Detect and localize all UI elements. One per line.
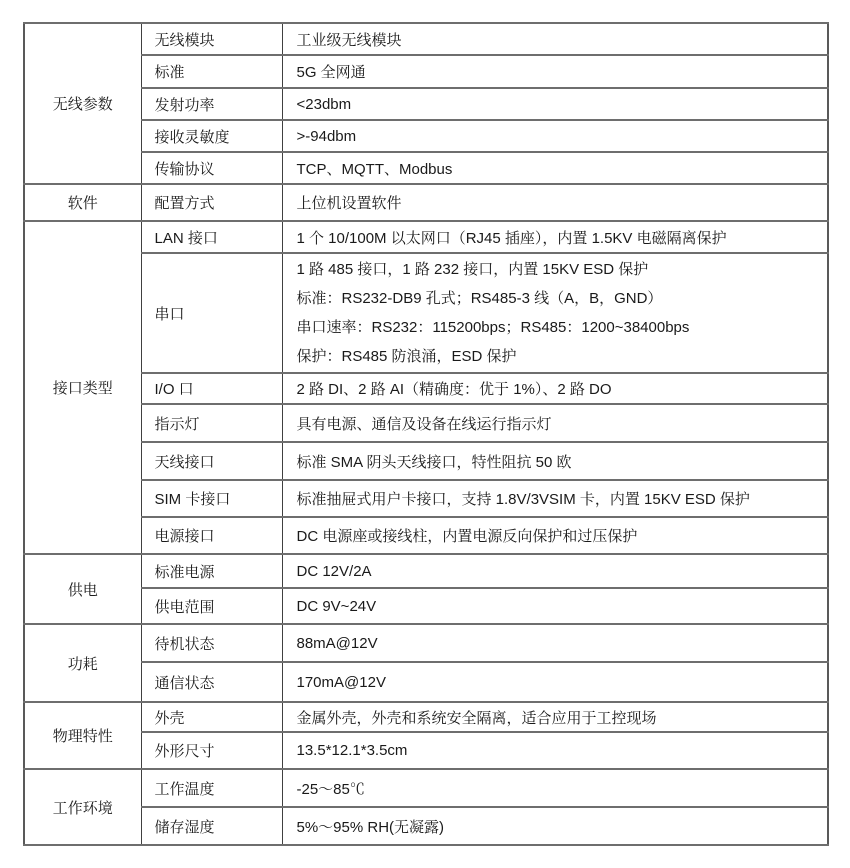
value-cell: 标准 SMA 阴头天线接口，特性阻抗 50 欧 [282, 442, 828, 480]
param-cell: 外壳 [141, 702, 282, 732]
table-row: 物理特性 外壳 金属外壳，外壳和系统安全隔离，适合应用于工控现场 [24, 702, 828, 732]
value-cell: 5G 全网通 [282, 55, 828, 88]
param-cell: 配置方式 [141, 184, 282, 221]
value-cell: >-94dbm [282, 120, 828, 152]
table-row: 串口 1 路 485 接口，1 路 232 接口，内置 15KV ESD 保护 … [24, 253, 828, 373]
category-cell-power-supply: 供电 [24, 554, 141, 624]
value-cell: 上位机设置软件 [282, 184, 828, 221]
category-cell-consumption: 功耗 [24, 624, 141, 702]
value-cell: DC 9V~24V [282, 588, 828, 624]
value-cell: 13.5*12.1*3.5cm [282, 732, 828, 769]
table-row: 功耗 待机状态 88mA@12V [24, 624, 828, 662]
value-cell: 2 路 DI、2 路 AI（精确度：优于 1%）、2 路 DO [282, 373, 828, 404]
value-cell: 标准抽屉式用户卡接口，支持 1.8V/3VSIM 卡，内置 15KV ESD 保… [282, 480, 828, 517]
table-row: 传输协议 TCP、MQTT、Modbus [24, 152, 828, 184]
table-row: 接收灵敏度 >-94dbm [24, 120, 828, 152]
param-cell: 天线接口 [141, 442, 282, 480]
value-cell: TCP、MQTT、Modbus [282, 152, 828, 184]
table-row: 供电 标准电源 DC 12V/2A [24, 554, 828, 588]
param-cell: 发射功率 [141, 88, 282, 120]
value-cell: 88mA@12V [282, 624, 828, 662]
value-cell: 170mA@12V [282, 662, 828, 702]
param-cell: 标准电源 [141, 554, 282, 588]
value-line: 保护：RS485 防浪涌，ESD 保护 [297, 342, 827, 371]
param-cell: 传输协议 [141, 152, 282, 184]
value-cell-serial: 1 路 485 接口，1 路 232 接口，内置 15KV ESD 保护 标准：… [282, 253, 828, 373]
value-cell: 5%～95% RH(无凝露) [282, 807, 828, 845]
param-cell: 待机状态 [141, 624, 282, 662]
value-cell: DC 12V/2A [282, 554, 828, 588]
table-row: 储存湿度 5%～95% RH(无凝露) [24, 807, 828, 845]
table-row: 电源接口 DC 电源座或接线柱，内置电源反向保护和过压保护 [24, 517, 828, 554]
value-line: 1 路 485 接口，1 路 232 接口，内置 15KV ESD 保护 [297, 255, 827, 284]
param-cell: 标准 [141, 55, 282, 88]
table-row: SIM 卡接口 标准抽屉式用户卡接口，支持 1.8V/3VSIM 卡，内置 15… [24, 480, 828, 517]
value-cell: 工业级无线模块 [282, 23, 828, 55]
table-row: 接口类型 LAN 接口 1 个 10/100M 以太网口（RJ45 插座），内置… [24, 221, 828, 253]
value-cell: 金属外壳，外壳和系统安全隔离，适合应用于工控现场 [282, 702, 828, 732]
param-cell: I/O 口 [141, 373, 282, 404]
param-cell: SIM 卡接口 [141, 480, 282, 517]
value-cell: 具有电源、通信及设备在线运行指示灯 [282, 404, 828, 442]
spec-sheet: 无线参数 无线模块 工业级无线模块 标准 5G 全网通 发射功率 <23dbm … [23, 22, 829, 846]
table-row: 发射功率 <23dbm [24, 88, 828, 120]
param-cell: 通信状态 [141, 662, 282, 702]
param-cell: 串口 [141, 253, 282, 373]
param-cell: 工作温度 [141, 769, 282, 807]
table-row: 无线参数 无线模块 工业级无线模块 [24, 23, 828, 55]
table-row: 工作环境 工作温度 -25～85℃ [24, 769, 828, 807]
value-cell: 1 个 10/100M 以太网口（RJ45 插座），内置 1.5KV 电磁隔离保… [282, 221, 828, 253]
category-cell-software: 软件 [24, 184, 141, 221]
param-cell: 无线模块 [141, 23, 282, 55]
spec-table: 无线参数 无线模块 工业级无线模块 标准 5G 全网通 发射功率 <23dbm … [23, 22, 829, 846]
table-row: 标准 5G 全网通 [24, 55, 828, 88]
value-cell: DC 电源座或接线柱，内置电源反向保护和过压保护 [282, 517, 828, 554]
table-row: 供电范围 DC 9V~24V [24, 588, 828, 624]
table-row: 通信状态 170mA@12V [24, 662, 828, 702]
param-cell: LAN 接口 [141, 221, 282, 253]
table-row: 天线接口 标准 SMA 阴头天线接口，特性阻抗 50 欧 [24, 442, 828, 480]
table-row: 软件 配置方式 上位机设置软件 [24, 184, 828, 221]
param-cell: 接收灵敏度 [141, 120, 282, 152]
table-row: 外形尺寸 13.5*12.1*3.5cm [24, 732, 828, 769]
table-row: I/O 口 2 路 DI、2 路 AI（精确度：优于 1%）、2 路 DO [24, 373, 828, 404]
table-row: 指示灯 具有电源、通信及设备在线运行指示灯 [24, 404, 828, 442]
value-line: 串口速率：RS232：115200bps；RS485：1200~38400bps [297, 313, 827, 342]
category-cell-environment: 工作环境 [24, 769, 141, 845]
param-cell: 电源接口 [141, 517, 282, 554]
param-cell: 指示灯 [141, 404, 282, 442]
category-cell-physical: 物理特性 [24, 702, 141, 769]
value-cell: -25～85℃ [282, 769, 828, 807]
param-cell: 储存湿度 [141, 807, 282, 845]
value-cell: <23dbm [282, 88, 828, 120]
category-cell-interface: 接口类型 [24, 221, 141, 554]
value-line: 标准：RS232-DB9 孔式；RS485-3 线（A，B，GND） [297, 284, 827, 313]
category-cell-wireless: 无线参数 [24, 23, 141, 184]
param-cell: 外形尺寸 [141, 732, 282, 769]
param-cell: 供电范围 [141, 588, 282, 624]
